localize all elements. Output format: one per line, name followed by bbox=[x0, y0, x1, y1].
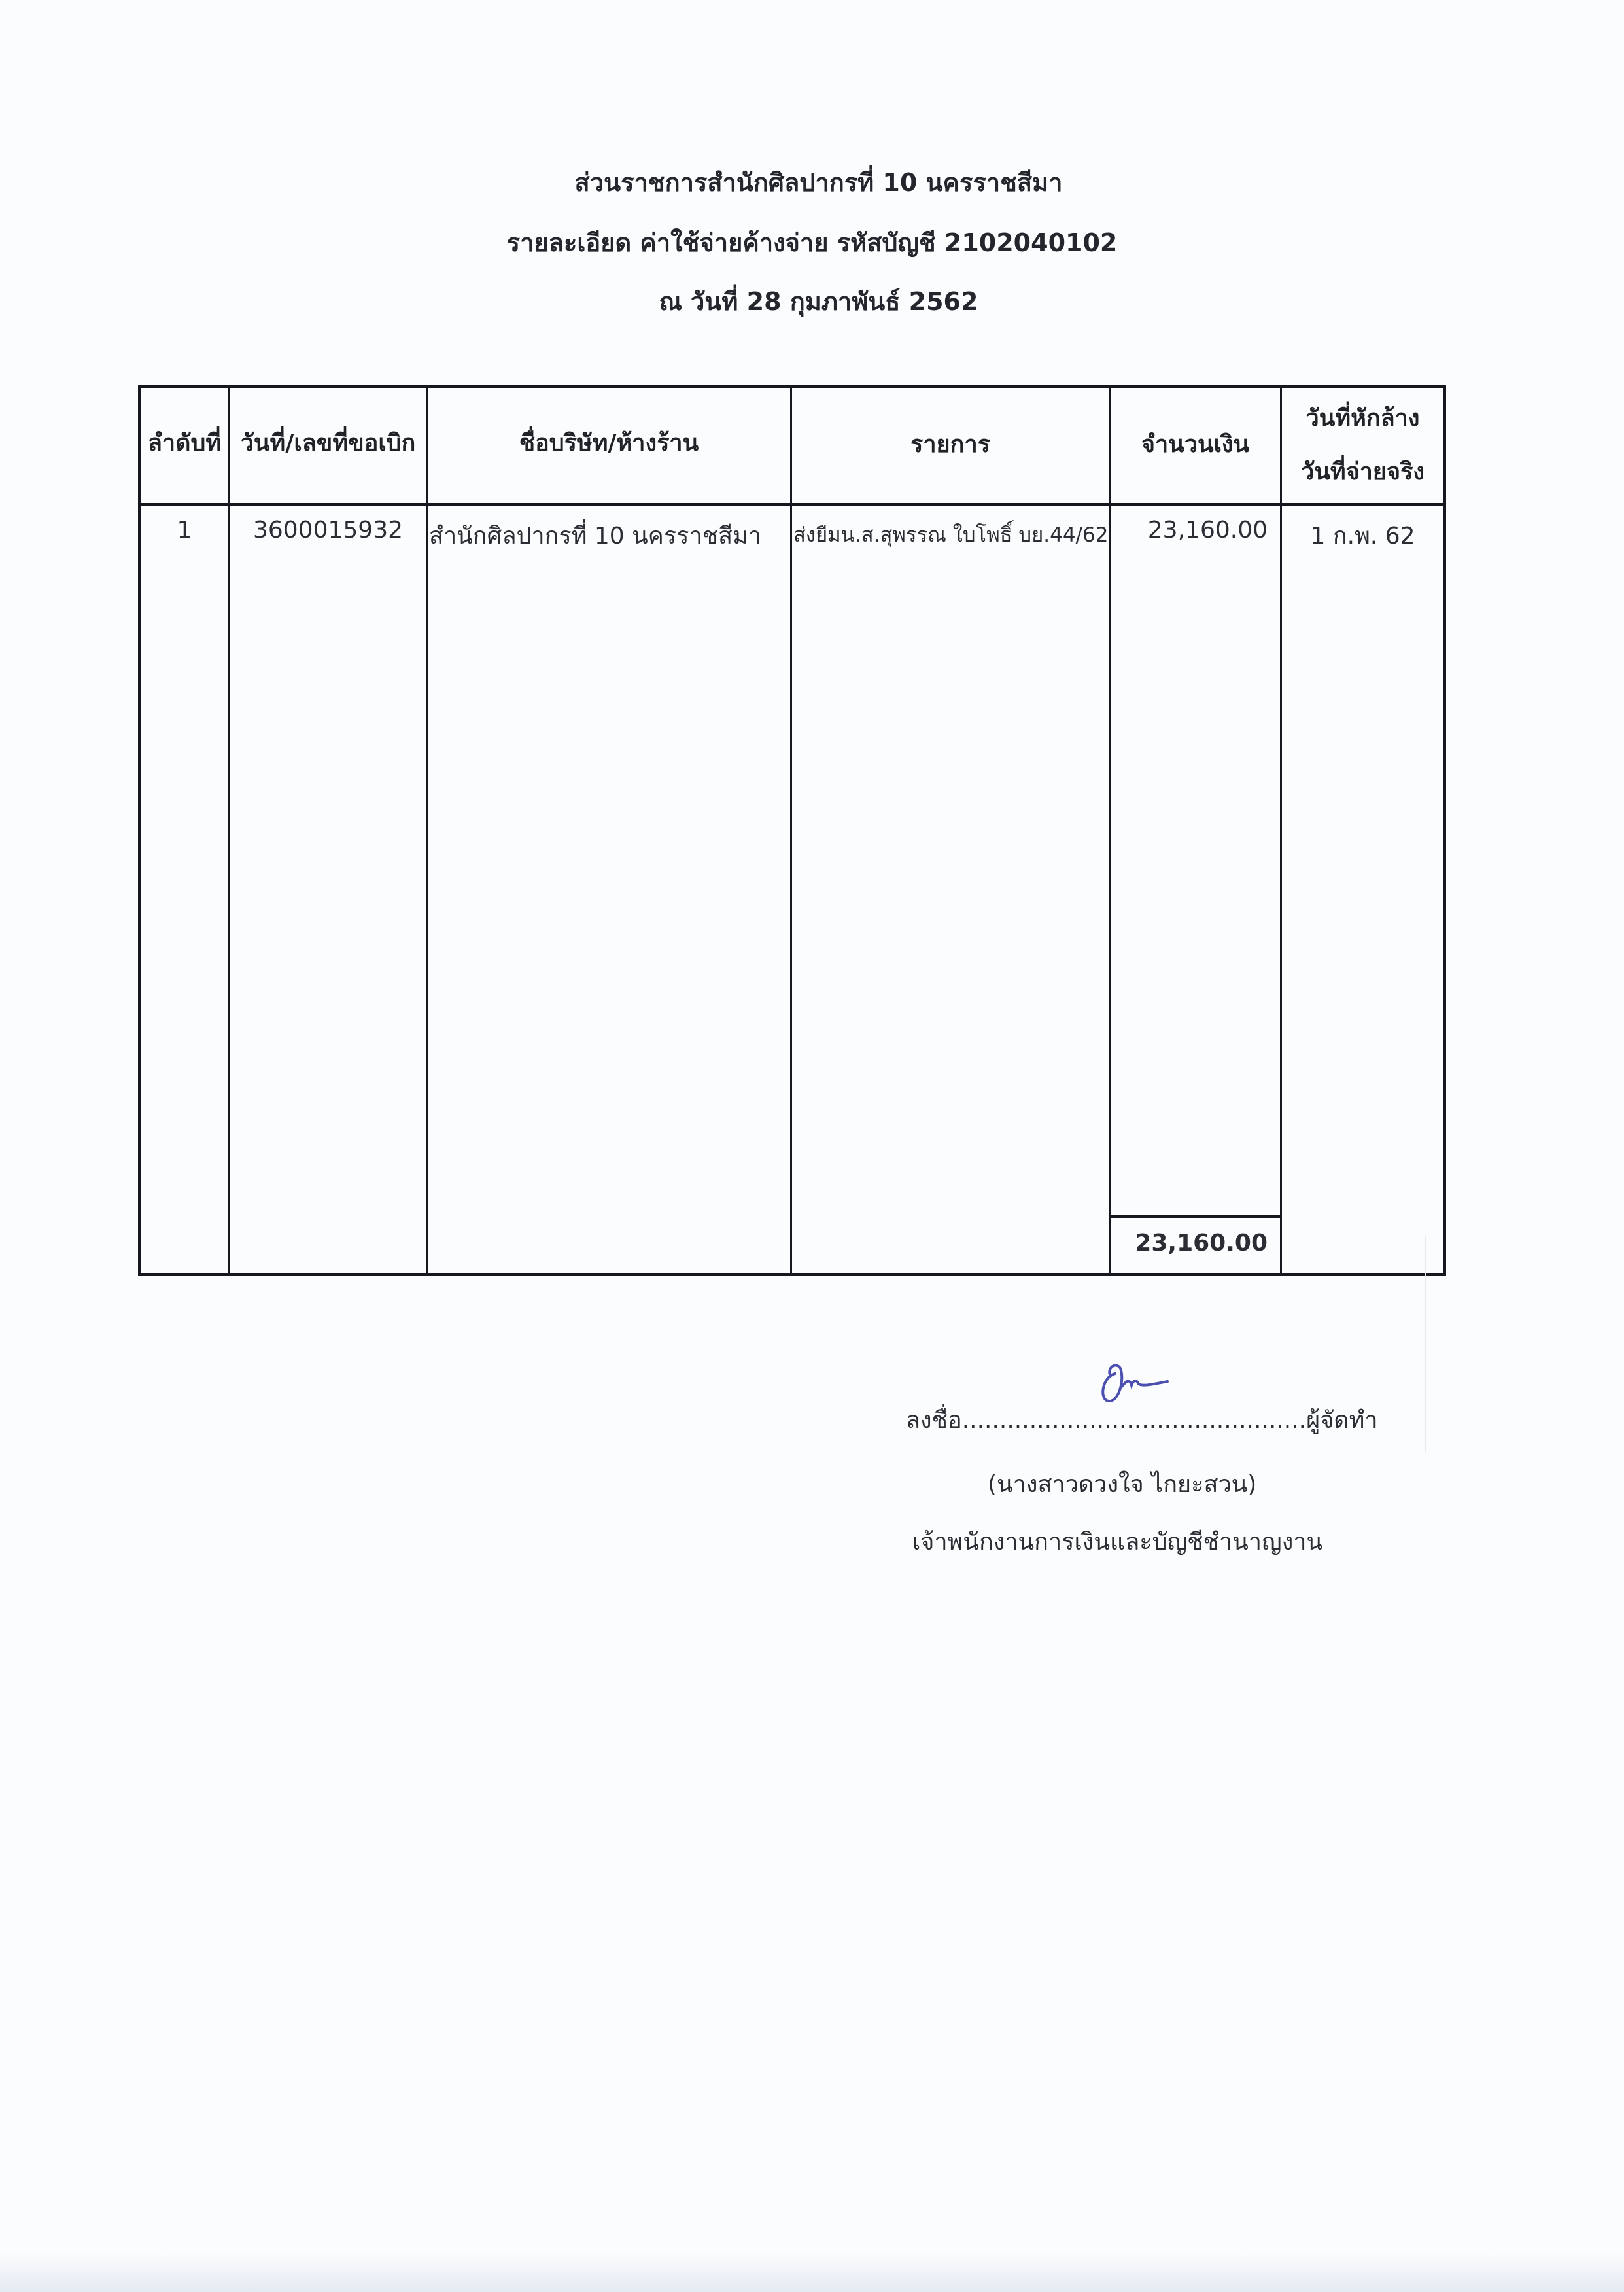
cell-seq: 1 bbox=[141, 517, 228, 544]
header-company: ชื่อบริษัท/ห้างร้าน bbox=[428, 424, 790, 461]
table-top-border bbox=[139, 385, 1446, 388]
header-bottom-border bbox=[139, 503, 1446, 506]
table-bottom-border bbox=[139, 1273, 1446, 1276]
header-seq: ลำดับที่ bbox=[141, 424, 228, 461]
col-divider bbox=[790, 385, 792, 1276]
cell-clear-date: 1 ก.พ. 62 bbox=[1282, 517, 1443, 554]
cell-item: ส่งยืมน.ส.สุพรรณ ใบโพธิ์ บย.44/62 bbox=[793, 518, 1108, 551]
sign-label: ลงชื่อ bbox=[906, 1407, 962, 1434]
header-date-no: วันที่/เลขที่ขอเบิก bbox=[230, 424, 426, 461]
header-agency: ส่วนราชการสำนักศิลปากรที่ 10 นครราชสีมา bbox=[7, 162, 1624, 202]
cell-amount: 23,160.00 bbox=[1111, 517, 1268, 544]
sign-dots: ........................................… bbox=[962, 1407, 1306, 1434]
scan-artifact bbox=[1425, 1236, 1426, 1452]
header-date: ณ วันที่ 28 กุมภาพันธ์ 2562 bbox=[7, 281, 1624, 321]
col-divider bbox=[426, 385, 428, 1276]
cell-date-no: 3600015932 bbox=[230, 517, 426, 544]
signature-mark bbox=[1096, 1361, 1174, 1406]
sign-line: ลงชื่อ..................................… bbox=[906, 1401, 1378, 1438]
cell-company: สำนักศิลปากรที่ 10 นครราชสีมา bbox=[429, 517, 761, 554]
header-description: รายละเอียด ค่าใช้จ่ายค้างจ่าย รหัสบัญชี … bbox=[0, 222, 1624, 262]
header-amount: จำนวนเงิน bbox=[1111, 425, 1280, 462]
table-right-border bbox=[1443, 385, 1446, 1276]
sign-role-suffix: ผู้จัดทำ bbox=[1306, 1407, 1378, 1434]
header-clear-date: วันที่หักล้าง bbox=[1282, 399, 1443, 436]
total-amount: 23,160.00 bbox=[1111, 1230, 1268, 1257]
signer-position: เจ้าพนักงานการเงินและบัญชีชำนาญงาน bbox=[912, 1523, 1322, 1560]
total-separator bbox=[1109, 1215, 1282, 1218]
signer-name: (นางสาวดวงใจ ไกยะสวน) bbox=[988, 1465, 1256, 1502]
page-bottom-edge bbox=[0, 2253, 1624, 2292]
header-pay-date: วันที่จ่ายจริง bbox=[1282, 453, 1443, 490]
header-item: รายการ bbox=[792, 425, 1109, 462]
